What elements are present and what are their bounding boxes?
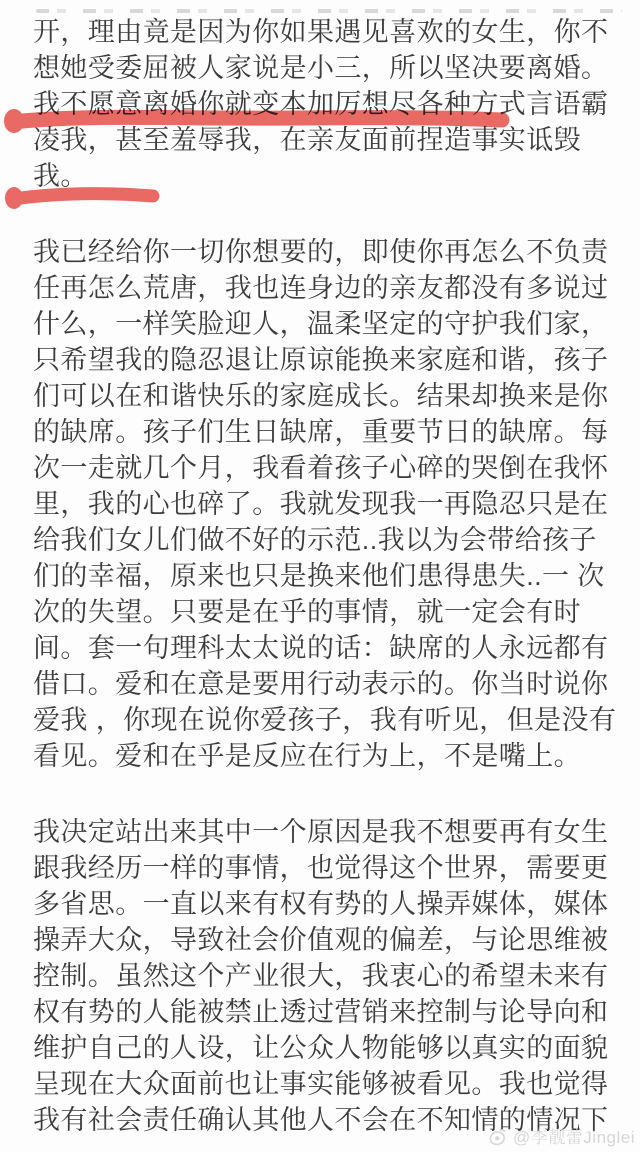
text-line: 呈现在大众面前也让事实能够被看见。我也觉得	[33, 1066, 612, 1102]
text-line: 跟我经历一样的事情，也觉得这个世界，需要更	[33, 850, 612, 886]
red-underline-stroke-2	[13, 194, 153, 199]
text-line: 我已经给你一切你想要的，即使你再怎么不负责	[33, 234, 612, 270]
text-line: 操弄大众，导致社会价值观的偏差，与论思维被	[33, 922, 612, 958]
red-underline-start-blob-2	[5, 187, 23, 209]
text-line: 权有势的人能被禁止透过营销来控制与论导向和	[33, 994, 612, 1030]
watermark-handle: @李靓蕾Jinglei	[513, 1123, 635, 1148]
text-line: 们可以在和谐快乐的家庭成长。结果却换来是你	[33, 378, 612, 414]
text-line: 维护自己的人设，让公众人物能够以真实的面貌	[33, 1030, 612, 1066]
paragraph-2: 我已经给你一切你想要的，即使你再怎么不负责任再怎么荒唐，我也连身边的亲友都没有多…	[33, 234, 612, 774]
text-line: 开，理由竟是因为你如果遇见喜欢的女生，你不	[33, 14, 612, 50]
text-line: 控制。虽然这个产业很大，我衷心的希望未来有	[33, 958, 612, 994]
text-line: 只希望我的隐忍退让原谅能换来家庭和谐，孩子	[33, 342, 612, 378]
text-line: 什么，一样笑脸迎人，温柔坚定的守护我们家，	[33, 306, 612, 342]
text-line: 凌我，甚至羞辱我，在亲友面前捏造事实诋毁	[33, 122, 612, 158]
text-line: 看见。爱和在乎是反应在行为上，不是嘴上。	[33, 738, 612, 774]
text-line: 次的失望。只要是在乎的事情，就一定会有时	[33, 594, 612, 630]
text-line: 多省思。一直以来有权有势的人操弄媒体，媒体	[33, 886, 612, 922]
text-line: 里，我的心也碎了。我就发现我一再隐忍只是在	[33, 486, 612, 522]
text-line: 给我们女儿们做不好的示范..我以为会带给孩子	[33, 522, 612, 558]
text-line: 想她受委屈被人家说是小三，所以坚决要离婚。	[33, 50, 612, 86]
text-line: 借口。爱和在意是要用行动表示的。你当时说你	[33, 666, 612, 702]
text-line: 间。套一句理科太太说的话：缺席的人永远都有	[33, 630, 612, 666]
letter-screenshot: 开，理由竟是因为你如果遇见喜欢的女生，你不想她受委屈被人家说是小三，所以坚决要离…	[0, 0, 640, 1153]
text-line: 任再怎么荒唐，我也连身边的亲友都没有多说过	[33, 270, 612, 306]
paragraph-3: 我决定站出来其中一个原因是我不想要再有女生跟我经历一样的事情，也觉得这个世界，需…	[33, 814, 612, 1138]
weibo-camera-icon	[486, 1126, 510, 1146]
weibo-watermark: @李靓蕾Jinglei	[486, 1123, 635, 1148]
text-line: 次一走就几个月，我看着孩子心碎的哭倒在我怀	[33, 450, 612, 486]
paragraph-1: 开，理由竟是因为你如果遇见喜欢的女生，你不想她受委屈被人家说是小三，所以坚决要离…	[33, 14, 612, 194]
text-line: 我不愿意离婚你就变本加厉想尽各种方式言语霸	[33, 86, 612, 122]
red-underline-start-blob	[4, 109, 24, 133]
text-line: 我决定站出来其中一个原因是我不想要再有女生	[33, 814, 612, 850]
text-line: 我。	[33, 158, 612, 194]
clipped-text-remnants	[36, 9, 622, 13]
text-line: 爱我 ，你现在说你爱孩子，我有听见，但是没有	[33, 702, 612, 738]
text-line: 的缺席。孩子们生日缺席，重要节日的缺席。每	[33, 414, 612, 450]
text-line: 们的幸福，原来也只是换来他们患得患失..一 次	[33, 558, 612, 594]
